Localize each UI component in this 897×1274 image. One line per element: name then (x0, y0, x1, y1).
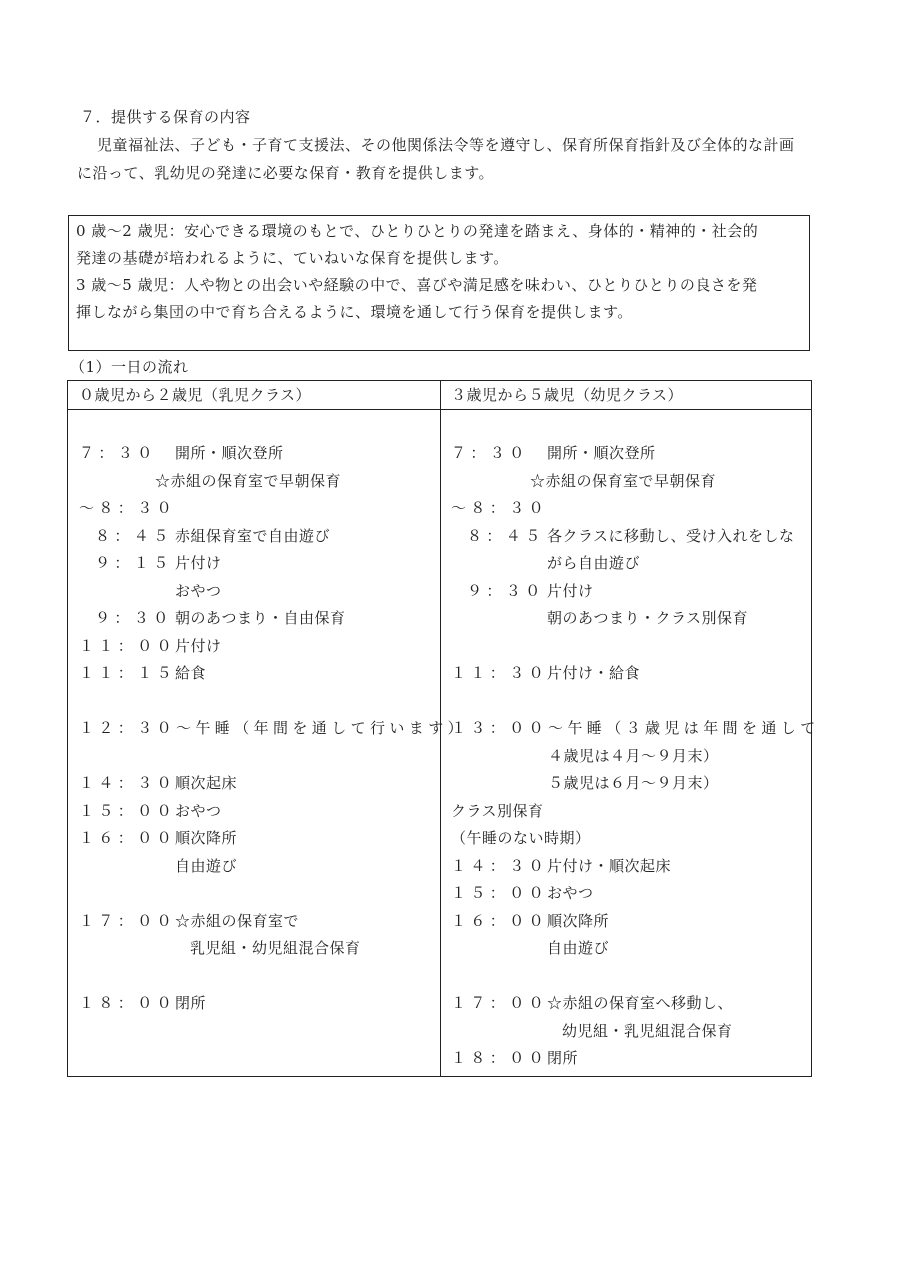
daily-flow-title: （1）一日の流れ (70, 357, 189, 377)
schedule-activity: 赤組保育室で自由遊び (175, 526, 330, 546)
schedule-activity: 閉所 (175, 993, 206, 1013)
schedule-time: １１：３０ (451, 663, 548, 683)
policy-line: 3 歳～5 歳児：人や物との出会いや経験の中で、喜びや満足感を味わい、ひとりひと… (76, 275, 757, 295)
schedule-activity: ☆赤組の保育室で早朝保育 (530, 471, 716, 491)
schedule-activity: 片付け (175, 553, 222, 573)
schedule-activity: 朝のあつまり・クラス別保育 (547, 608, 748, 628)
schedule-time: １５：００ (451, 883, 548, 903)
schedule-activity: 片付け・順次起床 (547, 856, 671, 876)
schedule-activity: 自由遊び (175, 856, 237, 876)
schedule-activity: おやつ (175, 581, 222, 601)
schedule-activity: 片付け (547, 581, 594, 601)
policy-box: 0 歳～2 歳児：安心できる環境のもとで、ひとりひとりの発達を踏まえ、身体的・精… (68, 215, 810, 351)
schedule-time: ～８：３０ (451, 498, 548, 518)
schedule-time: １８：００ (451, 1048, 548, 1068)
daily-schedule-table: ０歳児から２歳児（乳児クラス） ３歳児から５歳児（幼児クラス） ７：３０開所・順… (67, 380, 812, 1077)
header-divider (68, 409, 811, 410)
schedule-activity: 順次起床 (175, 773, 237, 793)
schedule-activity: 順次降所 (175, 828, 237, 848)
schedule-activity: おやつ (175, 801, 222, 821)
schedule-activity: 片付け (175, 636, 222, 656)
schedule-activity: （午睡のない時期） (451, 828, 591, 848)
schedule-time: １４：３０ (79, 773, 176, 793)
schedule-time: ９：１５ (95, 553, 173, 573)
schedule-activity: 乳児組・幼児組混合保育 (190, 938, 361, 958)
schedule-time: １７：００ (451, 993, 548, 1013)
schedule-time: １１：１５ (79, 663, 176, 683)
schedule-activity: がら自由遊び (547, 553, 640, 573)
schedule-time: １１：００ (79, 636, 176, 656)
schedule-activity: クラス別保育 (451, 801, 544, 821)
schedule-activity: おやつ (547, 883, 594, 903)
schedule-time: １８：００ (79, 993, 176, 1013)
schedule-time: １５：００ (79, 801, 176, 821)
schedule-activity: ５歳児は６月～９月末） (548, 773, 719, 793)
schedule-time: １６：００ (79, 828, 176, 848)
schedule-activity: 順次降所 (547, 911, 609, 931)
schedule-activity: ４歳児は４月～９月末） (548, 746, 719, 766)
schedule-activity: 朝のあつまり・自由保育 (175, 608, 346, 628)
policy-line: 0 歳～2 歳児：安心できる環境のもとで、ひとりひとりの発達を踏まえ、身体的・精… (76, 221, 758, 241)
schedule-activity: 自由遊び (547, 938, 609, 958)
schedule-time: １４：３０ (451, 856, 548, 876)
schedule-time: ８：４５ (95, 526, 173, 546)
schedule-time: ～８：３０ (79, 498, 176, 518)
schedule-activity: 各クラスに移動し、受け入れをしな (547, 526, 795, 546)
schedule-time: ８：４５ (467, 526, 545, 546)
schedule-activity: 給食 (175, 663, 206, 683)
schedule-activity: ☆赤組の保育室で早朝保育 (155, 471, 341, 491)
schedule-activity: 幼児組・乳児組混合保育 (562, 1021, 733, 1041)
schedule-activity: 開所・順次登所 (175, 443, 284, 463)
column-header-infant: ０歳児から２歳児（乳児クラス） (79, 385, 311, 405)
schedule-time: １７：００ (79, 911, 176, 931)
schedule-time: １６：００ (451, 911, 548, 931)
schedule-time: ７：３０ (79, 443, 157, 463)
section-title: ７．提供する保育の内容 (80, 107, 251, 127)
schedule-time: ９：３０ (467, 581, 545, 601)
intro-paragraph-line-1: 児童福祉法、子ども・子育て支援法、その他関係法令等を遵守し、保育所保育指針及び全… (97, 135, 795, 155)
schedule-activity: ☆赤組の保育室で (175, 911, 299, 931)
schedule-time: ７：３０ (451, 443, 529, 463)
schedule-activity: ☆赤組の保育室へ移動し、 (547, 993, 733, 1013)
column-header-toddler: ３歳児から５歳児（幼児クラス） (451, 385, 683, 405)
schedule-activity: 閉所 (547, 1048, 578, 1068)
intro-paragraph-line-2: に沿って、乳幼児の発達に必要な保育・教育を提供します。 (77, 163, 494, 183)
policy-line: 発達の基礎が培われるように、ていねいな保育を提供します。 (76, 248, 509, 268)
schedule-time: １２：３０～午睡（年間を通して行います） (79, 718, 467, 738)
schedule-activity: 開所・順次登所 (547, 443, 656, 463)
policy-line: 揮しながら集団の中で育ち合えるように、環境を通して行う保育を提供します。 (76, 302, 633, 322)
schedule-activity: 片付け・給食 (547, 663, 640, 683)
schedule-time: ９：３０ (95, 608, 173, 628)
schedule-time: １３：００～午睡（３歳児は年間を通して (451, 718, 820, 738)
